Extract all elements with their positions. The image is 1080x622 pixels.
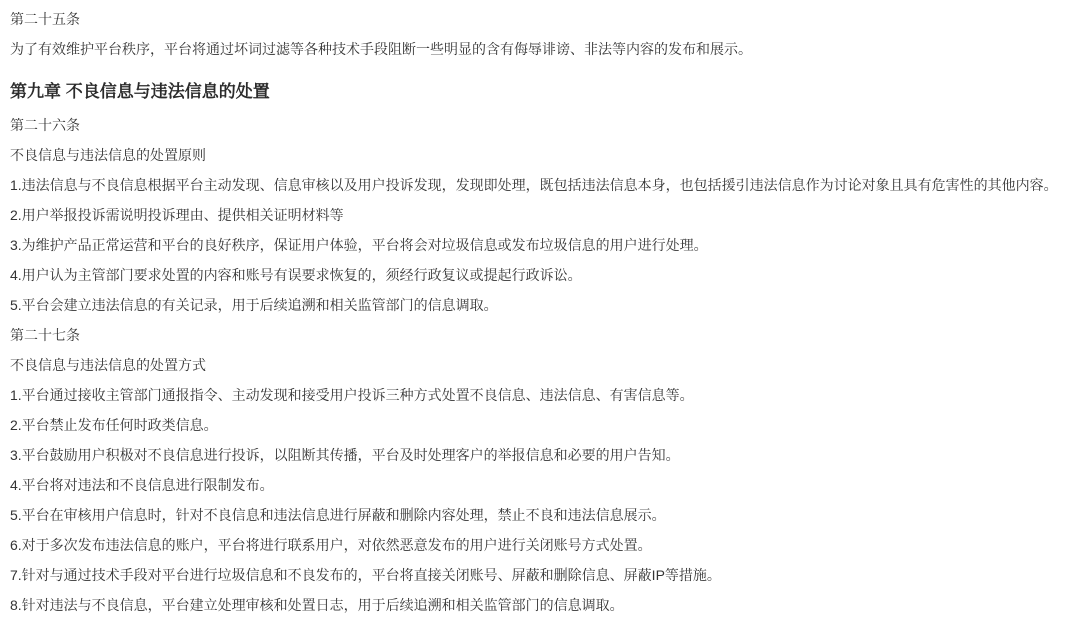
article-26-item-2: 2.用户举报投诉需说明投诉理由、提供相关证明材料等 [10, 205, 1070, 225]
article-27-item-2: 2.平台禁止发布任何时政类信息。 [10, 415, 1070, 435]
article-26-item-1: 1.违法信息与不良信息根据平台主动发现、信息审核以及用户投诉发现，发现即处理，既… [10, 175, 1070, 195]
article-27-title: 第二十七条 [10, 325, 1070, 345]
article-27-item-7: 7.针对与通过技术手段对平台进行垃圾信息和不良发布的，平台将直接关闭账号、屏蔽和… [10, 565, 1070, 585]
article-27-item-5: 5.平台在审核用户信息时，针对不良信息和违法信息进行屏蔽和删除内容处理，禁止不良… [10, 505, 1070, 525]
article-27-item-3: 3.平台鼓励用户积极对不良信息进行投诉，以阻断其传播，平台及时处理客户的举报信息… [10, 445, 1070, 465]
article-25-body: 为了有效维护平台秩序，平台将通过坏词过滤等各种技术手段阻断一些明显的含有侮辱诽谤… [10, 39, 1070, 59]
article-26-item-3: 3.为维护产品正常运营和平台的良好秩序，保证用户体验，平台将会对垃圾信息或发布垃… [10, 235, 1070, 255]
article-26-item-5: 5.平台会建立违法信息的有关记录，用于后续追溯和相关监管部门的信息调取。 [10, 295, 1070, 315]
chapter-9-heading: 第九章 不良信息与违法信息的处置 [10, 80, 1070, 104]
article-26-item-4: 4.用户认为主管部门要求处置的内容和账号有误要求恢复的，须经行政复议或提起行政诉… [10, 265, 1070, 285]
article-27-subtitle: 不良信息与违法信息的处置方式 [10, 355, 1070, 375]
article-25-title: 第二十五条 [10, 9, 1070, 29]
article-26-title: 第二十六条 [10, 115, 1070, 135]
article-27-item-8: 8.针对违法与不良信息，平台建立处理审核和处置日志，用于后续追溯和相关监管部门的… [10, 595, 1070, 615]
article-27-item-6: 6.对于多次发布违法信息的账户，平台将进行联系用户，对依然恶意发布的用户进行关闭… [10, 535, 1070, 555]
article-26-subtitle: 不良信息与违法信息的处置原则 [10, 145, 1070, 165]
article-27-item-4: 4.平台将对违法和不良信息进行限制发布。 [10, 475, 1070, 495]
article-27-item-1: 1.平台通过接收主管部门通报指令、主动发现和接受用户投诉三种方式处置不良信息、违… [10, 385, 1070, 405]
document-body: 第二十五条为了有效维护平台秩序，平台将通过坏词过滤等各种技术手段阻断一些明显的含… [0, 0, 1080, 615]
